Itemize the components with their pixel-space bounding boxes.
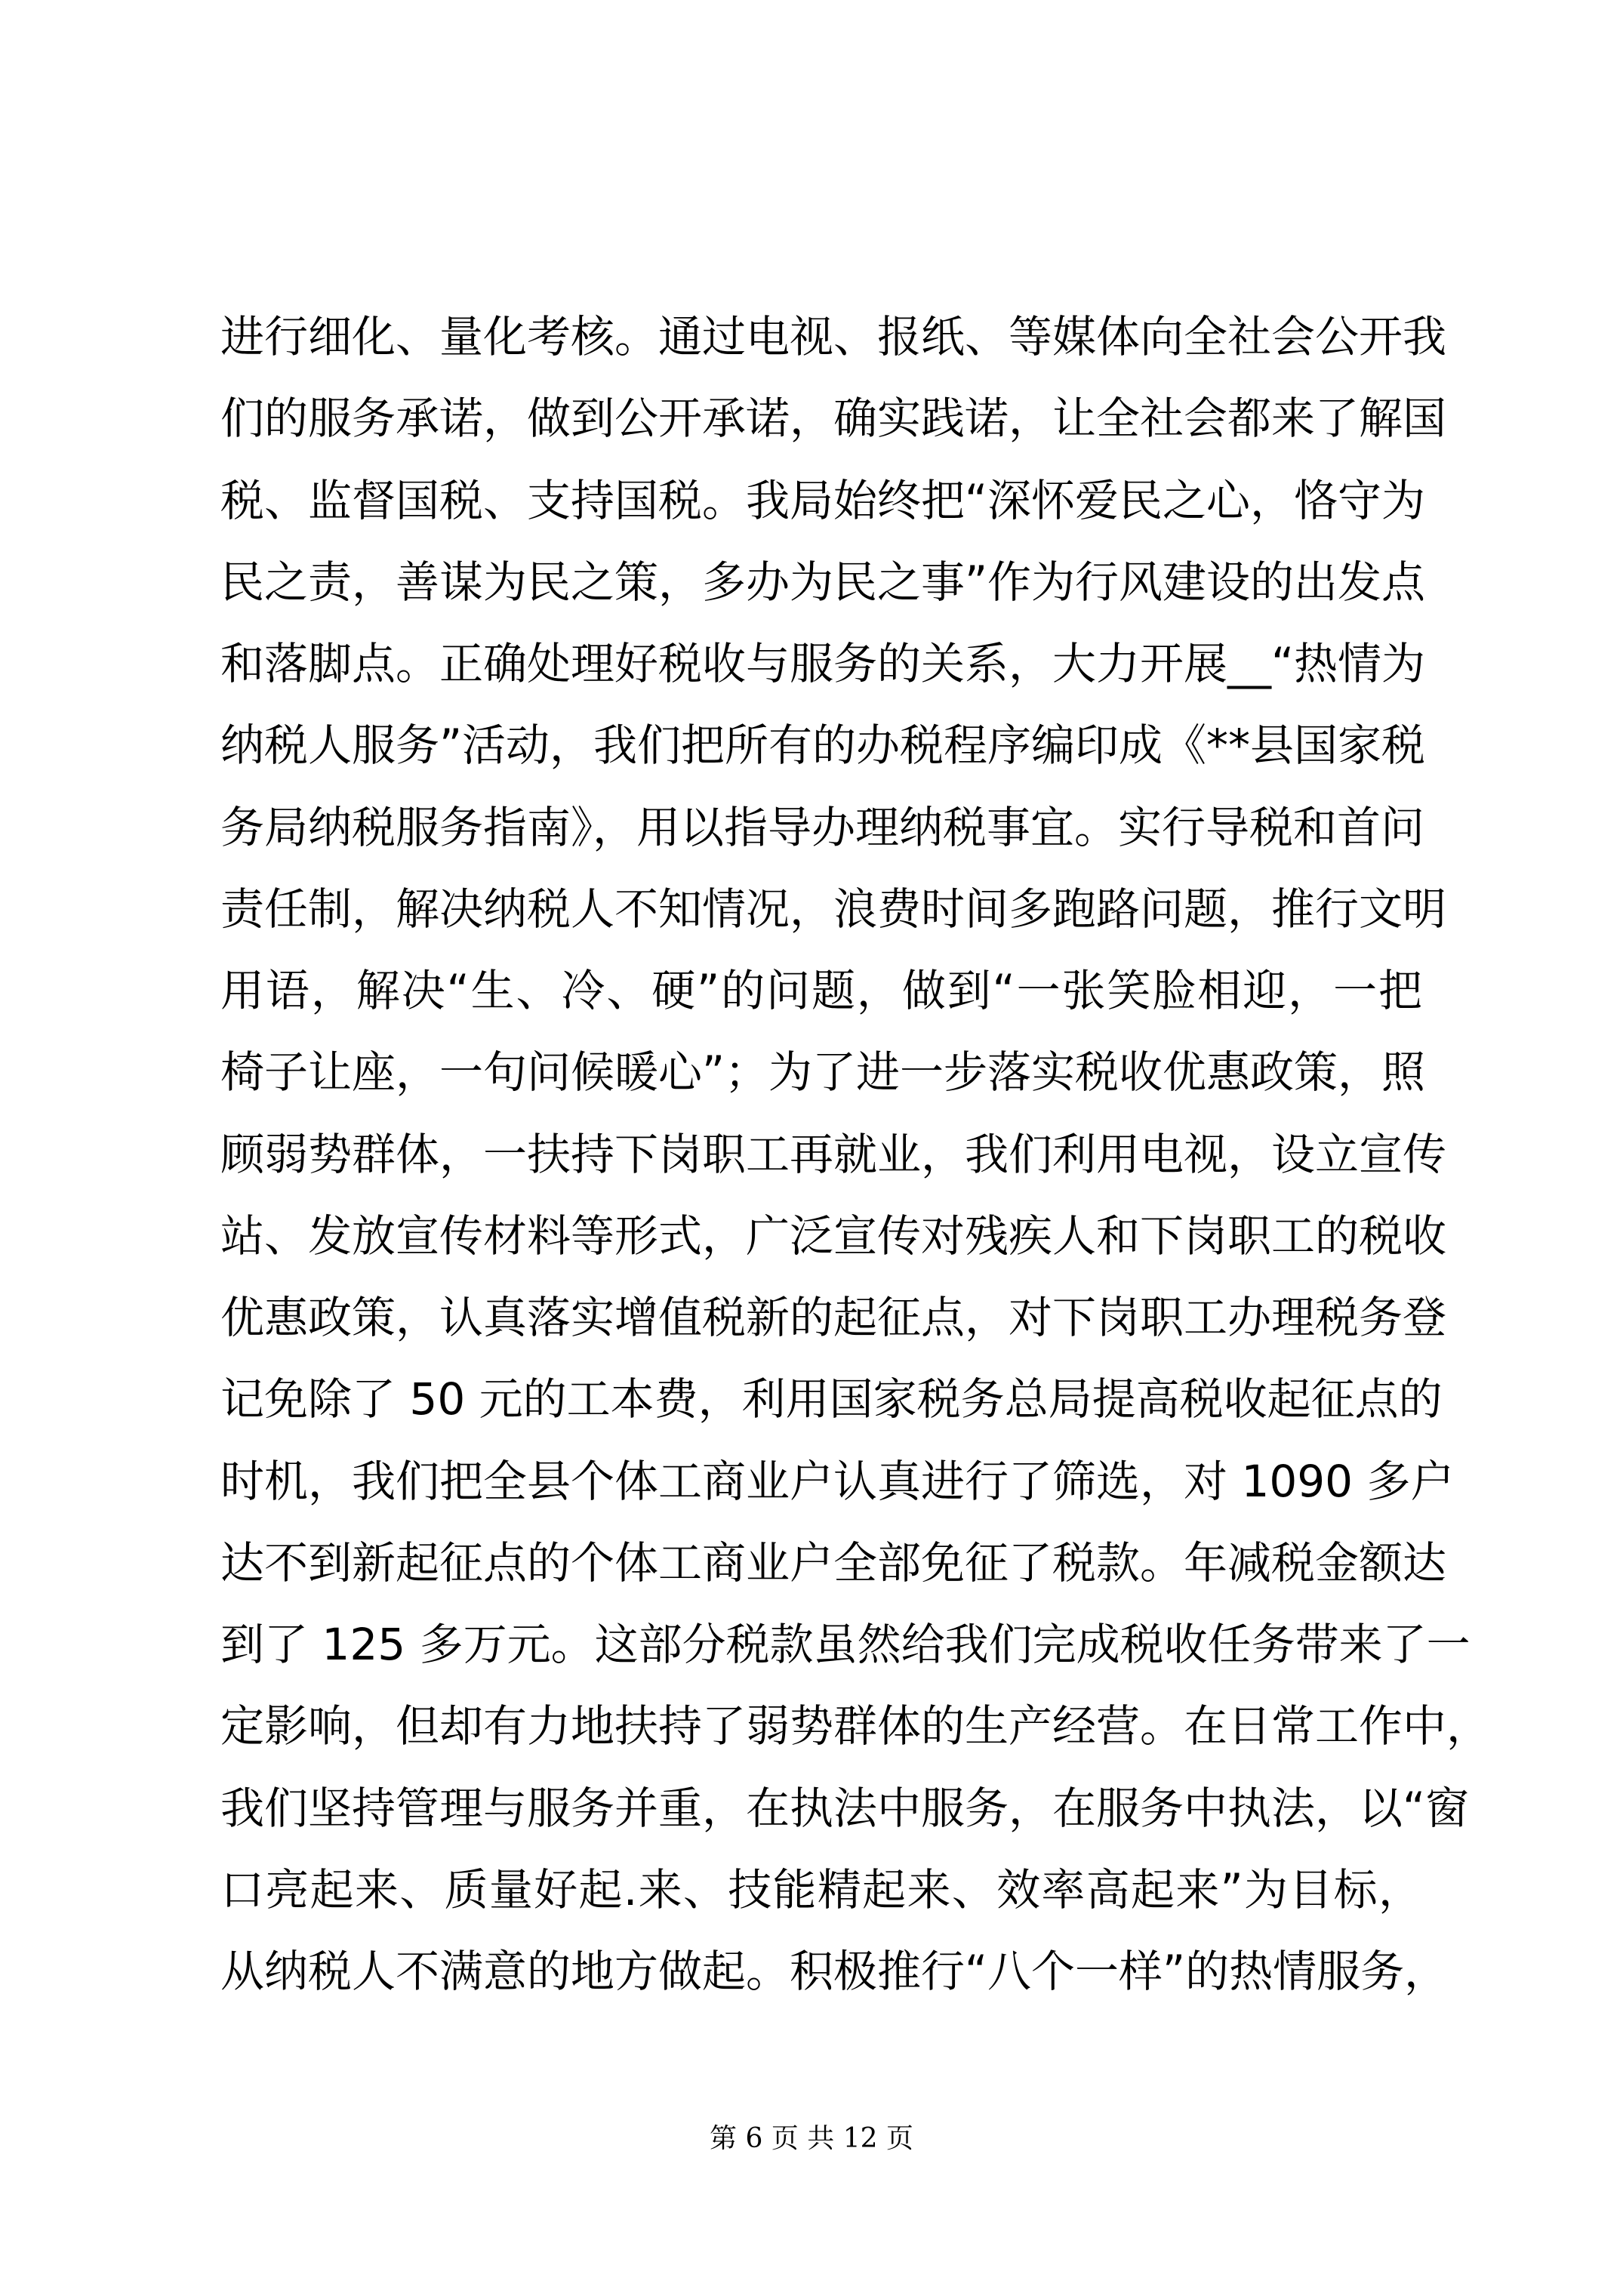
body-text: 进行细化、量化考核。通过电视、报纸、等媒体向全社会公开我 们的服务承诺，做到公开… [220,305,1422,2021]
page-footer: 第 6 页 共 12 页 [0,2120,1623,2158]
text-line: 时机，我们把全县个体工商业户认真进行了筛选，对 1090 多户 [220,1450,1422,1531]
text-line: 们的服务承诺，做到公开承诺，确实践诺，让全社会都来了解国 [220,387,1422,468]
text-line: 从纳税人不满意的地方做起。积极推行“八个一样”的热情服务， [220,1940,1422,2021]
text-line: 民之责，善谋为民之策，多办为民之事”作为行风建设的出发点 [220,550,1422,632]
text-line: 口亮起来、质量好起.来、技能精起来、效率高起来”为目标， [220,1858,1422,1940]
text-line: 站、发放宣传材料等形式，广泛宣传对残疾人和下岗职工的税收 [220,1204,1422,1286]
text-line: 务局纳税服务指南》，用以指导办理纳税事宜。实行导税和首问 [220,796,1422,877]
text-line: 顾弱势群体，一扶持下岗职工再就业，我们利用电视，设立宣传 [220,1123,1422,1204]
text-line: 和落脚点。正确处理好税收与服务的关系，大力开展__“热情为 [220,632,1422,713]
text-line: 优惠政策，认真落实增值税新的起征点，对下岗职工办理税务登 [220,1286,1422,1367]
page-number-label: 第 6 页 共 12 页 [710,2120,913,2158]
text-line: 达不到新起征点的个体工商业户全部免征了税款。年减税金额达 [220,1531,1422,1613]
document-page: 进行细化、量化考核。通过电视、报纸、等媒体向全社会公开我 们的服务承诺，做到公开… [0,0,1623,2296]
text-line: 记免除了 50 元的工本费，利用国家税务总局提高税收起征点的 [220,1367,1422,1449]
text-line: 纳税人服务”活动，我们把所有的办税程序编印成《**县国家税 [220,713,1422,795]
text-line: 我们坚持管理与服务并重，在执法中服务，在服务中执法，以“窗 [220,1777,1422,1858]
text-line: 到了 125 多万元。这部分税款虽然给我们完成税收任务带来了一 [220,1613,1422,1694]
text-line: 税、监督国税、支持国税。我局始终把“深怀爱民之心，恪守为 [220,469,1422,550]
text-line: 用语，解决“生、冷、硬”的问题，做到“一张笑脸相迎，一把 [220,959,1422,1040]
text-line: 定影响，但却有力地扶持了弱势群体的生产经营。在日常工作中， [220,1694,1422,1776]
text-line: 椅子让座，一句问候暖心”；为了进一步落实税收优惠政策，照 [220,1040,1422,1122]
text-line: 责任制，解决纳税人不知情况，浪费时间多跑路问题，推行文明 [220,877,1422,959]
text-line: 进行细化、量化考核。通过电视、报纸、等媒体向全社会公开我 [220,305,1422,387]
